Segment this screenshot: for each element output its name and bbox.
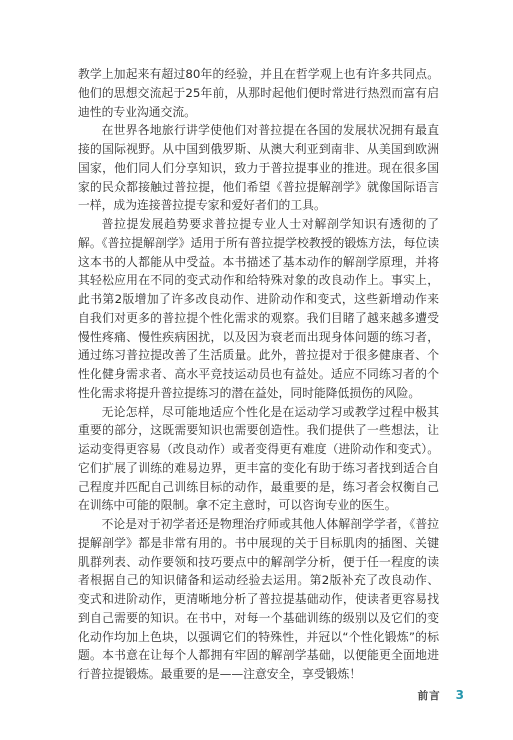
paragraph: 普拉提发展趋势要求普拉提专业人士对解剖学知识有透彻的了解。《普拉提解剖学》适用于…	[78, 215, 439, 403]
paragraph: 不论是对于初学者还是物理治疗师或其他人体解剖学学者，《普拉提解剖学》都是非常有用…	[78, 515, 439, 684]
paragraph-continuation: 教学上加起来有超过80年的经验，并且在哲学观上也有许多共同点。他们的思想交流起于…	[78, 65, 439, 121]
page-body-text: 教学上加起来有超过80年的经验，并且在哲学观上也有许多共同点。他们的思想交流起于…	[78, 65, 439, 684]
footer-page-number: 3	[456, 688, 464, 702]
footer-section-label: 前言	[418, 688, 441, 703]
page-footer: 前言 3	[418, 688, 464, 703]
paragraph: 在世界各地旅行讲学使他们对普拉提在各国的发展状况拥有最直接的国际视野。从中国到俄…	[78, 121, 439, 215]
paragraph: 无论怎样，尽可能地适应个性化是在运动学习或教学过程中极其重要的部分，这既需要知识…	[78, 403, 439, 516]
book-page: 教学上加起来有超过80年的经验，并且在哲学观上也有许多共同点。他们的思想交流起于…	[0, 0, 513, 740]
